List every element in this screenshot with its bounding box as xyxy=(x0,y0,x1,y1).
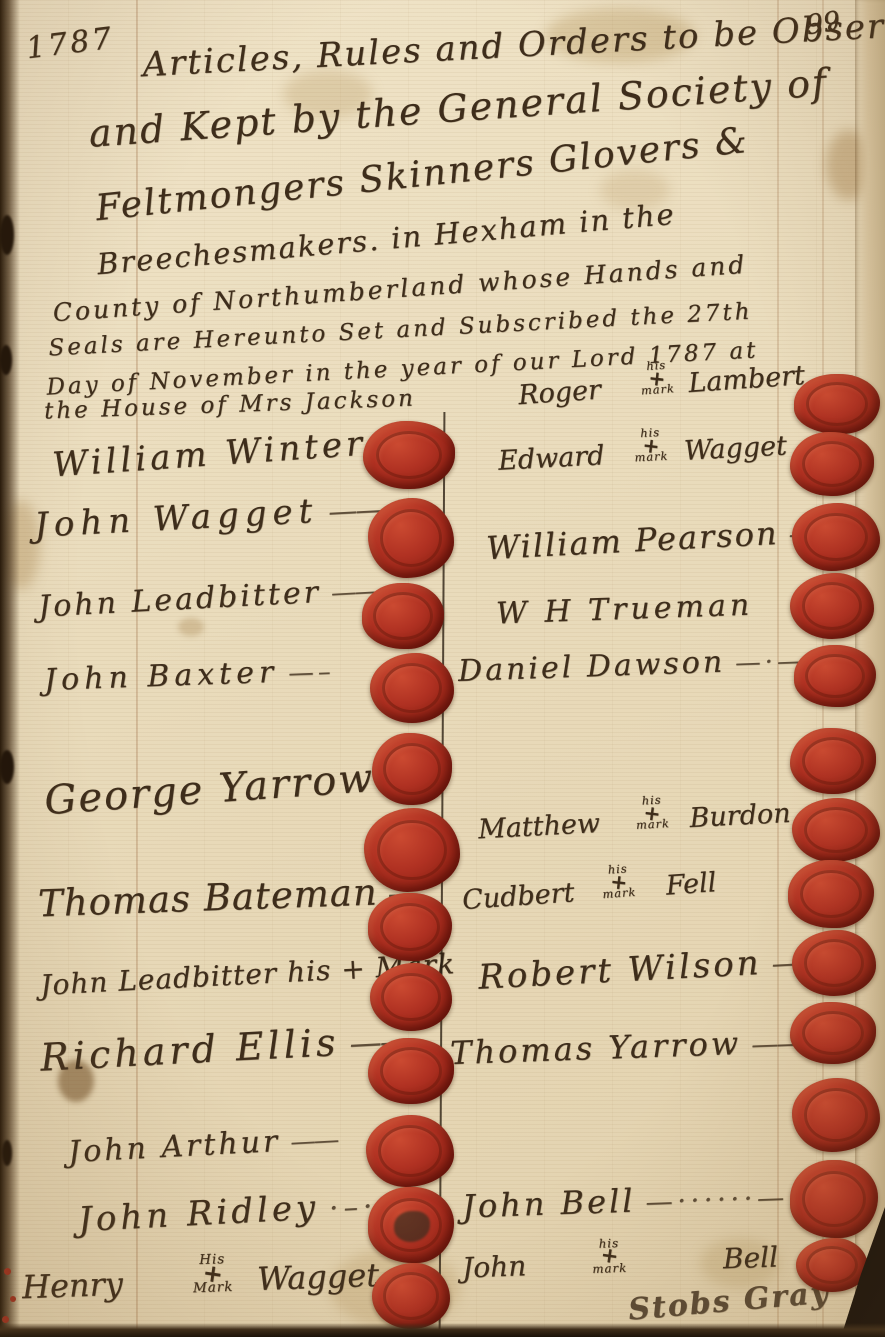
book-binding-edge xyxy=(0,0,20,1337)
wax-seal-icon xyxy=(796,1238,868,1292)
wax-seal-icon xyxy=(368,1187,454,1263)
wax-seal-icon xyxy=(368,893,452,961)
signature-name: Bell xyxy=(722,1240,778,1275)
signature-dash: — · — xyxy=(735,646,801,678)
signature-name: George Yarrow xyxy=(43,755,376,824)
binding-knot xyxy=(0,215,14,255)
signature-name: John Bell xyxy=(461,1182,636,1226)
wax-seal-icon xyxy=(362,583,444,649)
signature: Daniel Dawson— · — xyxy=(457,642,800,689)
wax-seal-icon xyxy=(794,374,880,434)
signature: Thomas Bateman– xyxy=(37,870,402,926)
margin-year: 1787 xyxy=(24,21,116,67)
wax-seal-icon xyxy=(790,573,874,639)
wax-seal-icon xyxy=(792,1078,880,1152)
signature: John Baxter— – xyxy=(43,653,329,698)
his-mark-cross: his+mark xyxy=(601,864,637,900)
signature-dash: — – xyxy=(288,657,329,688)
signature-name: Edward xyxy=(497,440,605,477)
signature: Matthewhis+markBurdon xyxy=(477,798,791,848)
signature-name: Fell xyxy=(665,867,718,901)
cross-mark: + xyxy=(202,1264,224,1283)
wax-seal-icon xyxy=(363,421,455,489)
signature: W H Trueman xyxy=(495,588,753,632)
signature-name: William Pearson xyxy=(485,514,779,567)
signature: John Wagget——— xyxy=(33,486,410,546)
signature-name: Robert Wilson xyxy=(477,943,762,998)
wax-seal-icon xyxy=(788,860,874,928)
wax-seal-icon xyxy=(370,653,454,723)
wax-seal-icon xyxy=(372,1263,450,1329)
signature: John Leadbitter—— — xyxy=(37,570,408,624)
signature-name: John Ridley xyxy=(77,1188,320,1241)
his-mark-cross: his+mark xyxy=(639,360,675,396)
signature: John Bell— · · · · · · — xyxy=(461,1176,782,1225)
signature: Thomas Yarrow—— xyxy=(449,1022,802,1072)
binding-knot xyxy=(2,1140,12,1166)
wax-seal-icon xyxy=(370,963,452,1031)
manuscript-page: 1787 99 Articles, Rules and Orders to be… xyxy=(0,0,885,1337)
wax-seal-icon xyxy=(790,432,874,496)
cross-mark: + xyxy=(642,437,661,453)
signature-name: Thomas Yarrow xyxy=(449,1024,741,1072)
signature: Stobs Gray xyxy=(627,1275,831,1327)
signature-name: Cudbert xyxy=(461,877,575,916)
signature: Richard Ellis—— xyxy=(39,1016,411,1079)
binding-speck xyxy=(2,1316,9,1323)
signature-name: Richard Ellis xyxy=(39,1020,340,1080)
signature-name: Stobs Gray xyxy=(627,1275,831,1327)
his-mark-cross: His+Mark xyxy=(192,1254,234,1295)
cross-mark: + xyxy=(643,805,662,821)
his-mark-cross: his+mark xyxy=(635,795,670,830)
signature-name: John Leadbitter xyxy=(37,575,321,625)
signature-name: Wagget xyxy=(683,431,787,467)
cross-mark: + xyxy=(600,1247,619,1264)
binding-speck xyxy=(10,1296,16,1302)
wax-seal-icon xyxy=(792,503,880,571)
wax-seal-icon xyxy=(366,1115,454,1187)
wax-seal-icon xyxy=(790,1160,878,1238)
his-mark-cross: his+mark xyxy=(633,428,668,463)
wax-seal-icon xyxy=(790,1002,876,1064)
signature: HenryHis+MarkWagget xyxy=(21,1256,379,1310)
signature-name: Burdon xyxy=(689,798,792,834)
signature-dash: —— xyxy=(289,1125,338,1157)
wax-seal-icon xyxy=(368,498,454,578)
signature-name: Roger xyxy=(517,375,602,412)
wax-seal-icon xyxy=(372,733,452,805)
wax-seal-icon xyxy=(792,798,880,862)
stain xyxy=(178,618,204,636)
wax-seal-icon xyxy=(792,930,876,996)
signature: John Ridley· – · – xyxy=(77,1184,391,1240)
signature-name: William Winter xyxy=(51,424,367,486)
signature-name: W H Trueman xyxy=(495,588,753,632)
binding-knot xyxy=(0,750,14,784)
signature-name: John xyxy=(461,1249,526,1284)
signature: William Pearson—— xyxy=(485,511,839,567)
cross-mark: + xyxy=(648,370,666,386)
wax-seal-icon xyxy=(364,808,460,892)
signature-name: Henry xyxy=(21,1265,123,1306)
wax-seal-icon xyxy=(790,728,876,794)
signature-name: Thomas Bateman xyxy=(37,870,378,925)
signature-name: John Wagget xyxy=(33,491,319,546)
binding-knot xyxy=(0,345,12,375)
wax-seal-icon xyxy=(368,1038,454,1104)
signature-name: Daniel Dawson xyxy=(457,645,725,689)
signature: Cudberthis+markFell xyxy=(461,867,717,918)
signature-name: Wagget xyxy=(256,1256,379,1298)
signature-name: Lambert xyxy=(687,360,806,399)
binding-speck xyxy=(4,1268,11,1275)
signature-dash: — · · · · · · — xyxy=(645,1182,783,1218)
signature: John Arthur—— xyxy=(67,1121,338,1170)
cross-mark: + xyxy=(609,874,627,890)
his-mark-cross: his+mark xyxy=(591,1238,627,1274)
wax-seal-icon xyxy=(794,645,876,707)
signature: Edwardhis+markWagget xyxy=(497,430,787,479)
signature-name: Matthew xyxy=(477,808,600,845)
signature-name: John Baxter xyxy=(43,655,278,698)
page-bottom-edge xyxy=(0,1323,885,1337)
signature-name: John Arthur xyxy=(67,1124,281,1170)
